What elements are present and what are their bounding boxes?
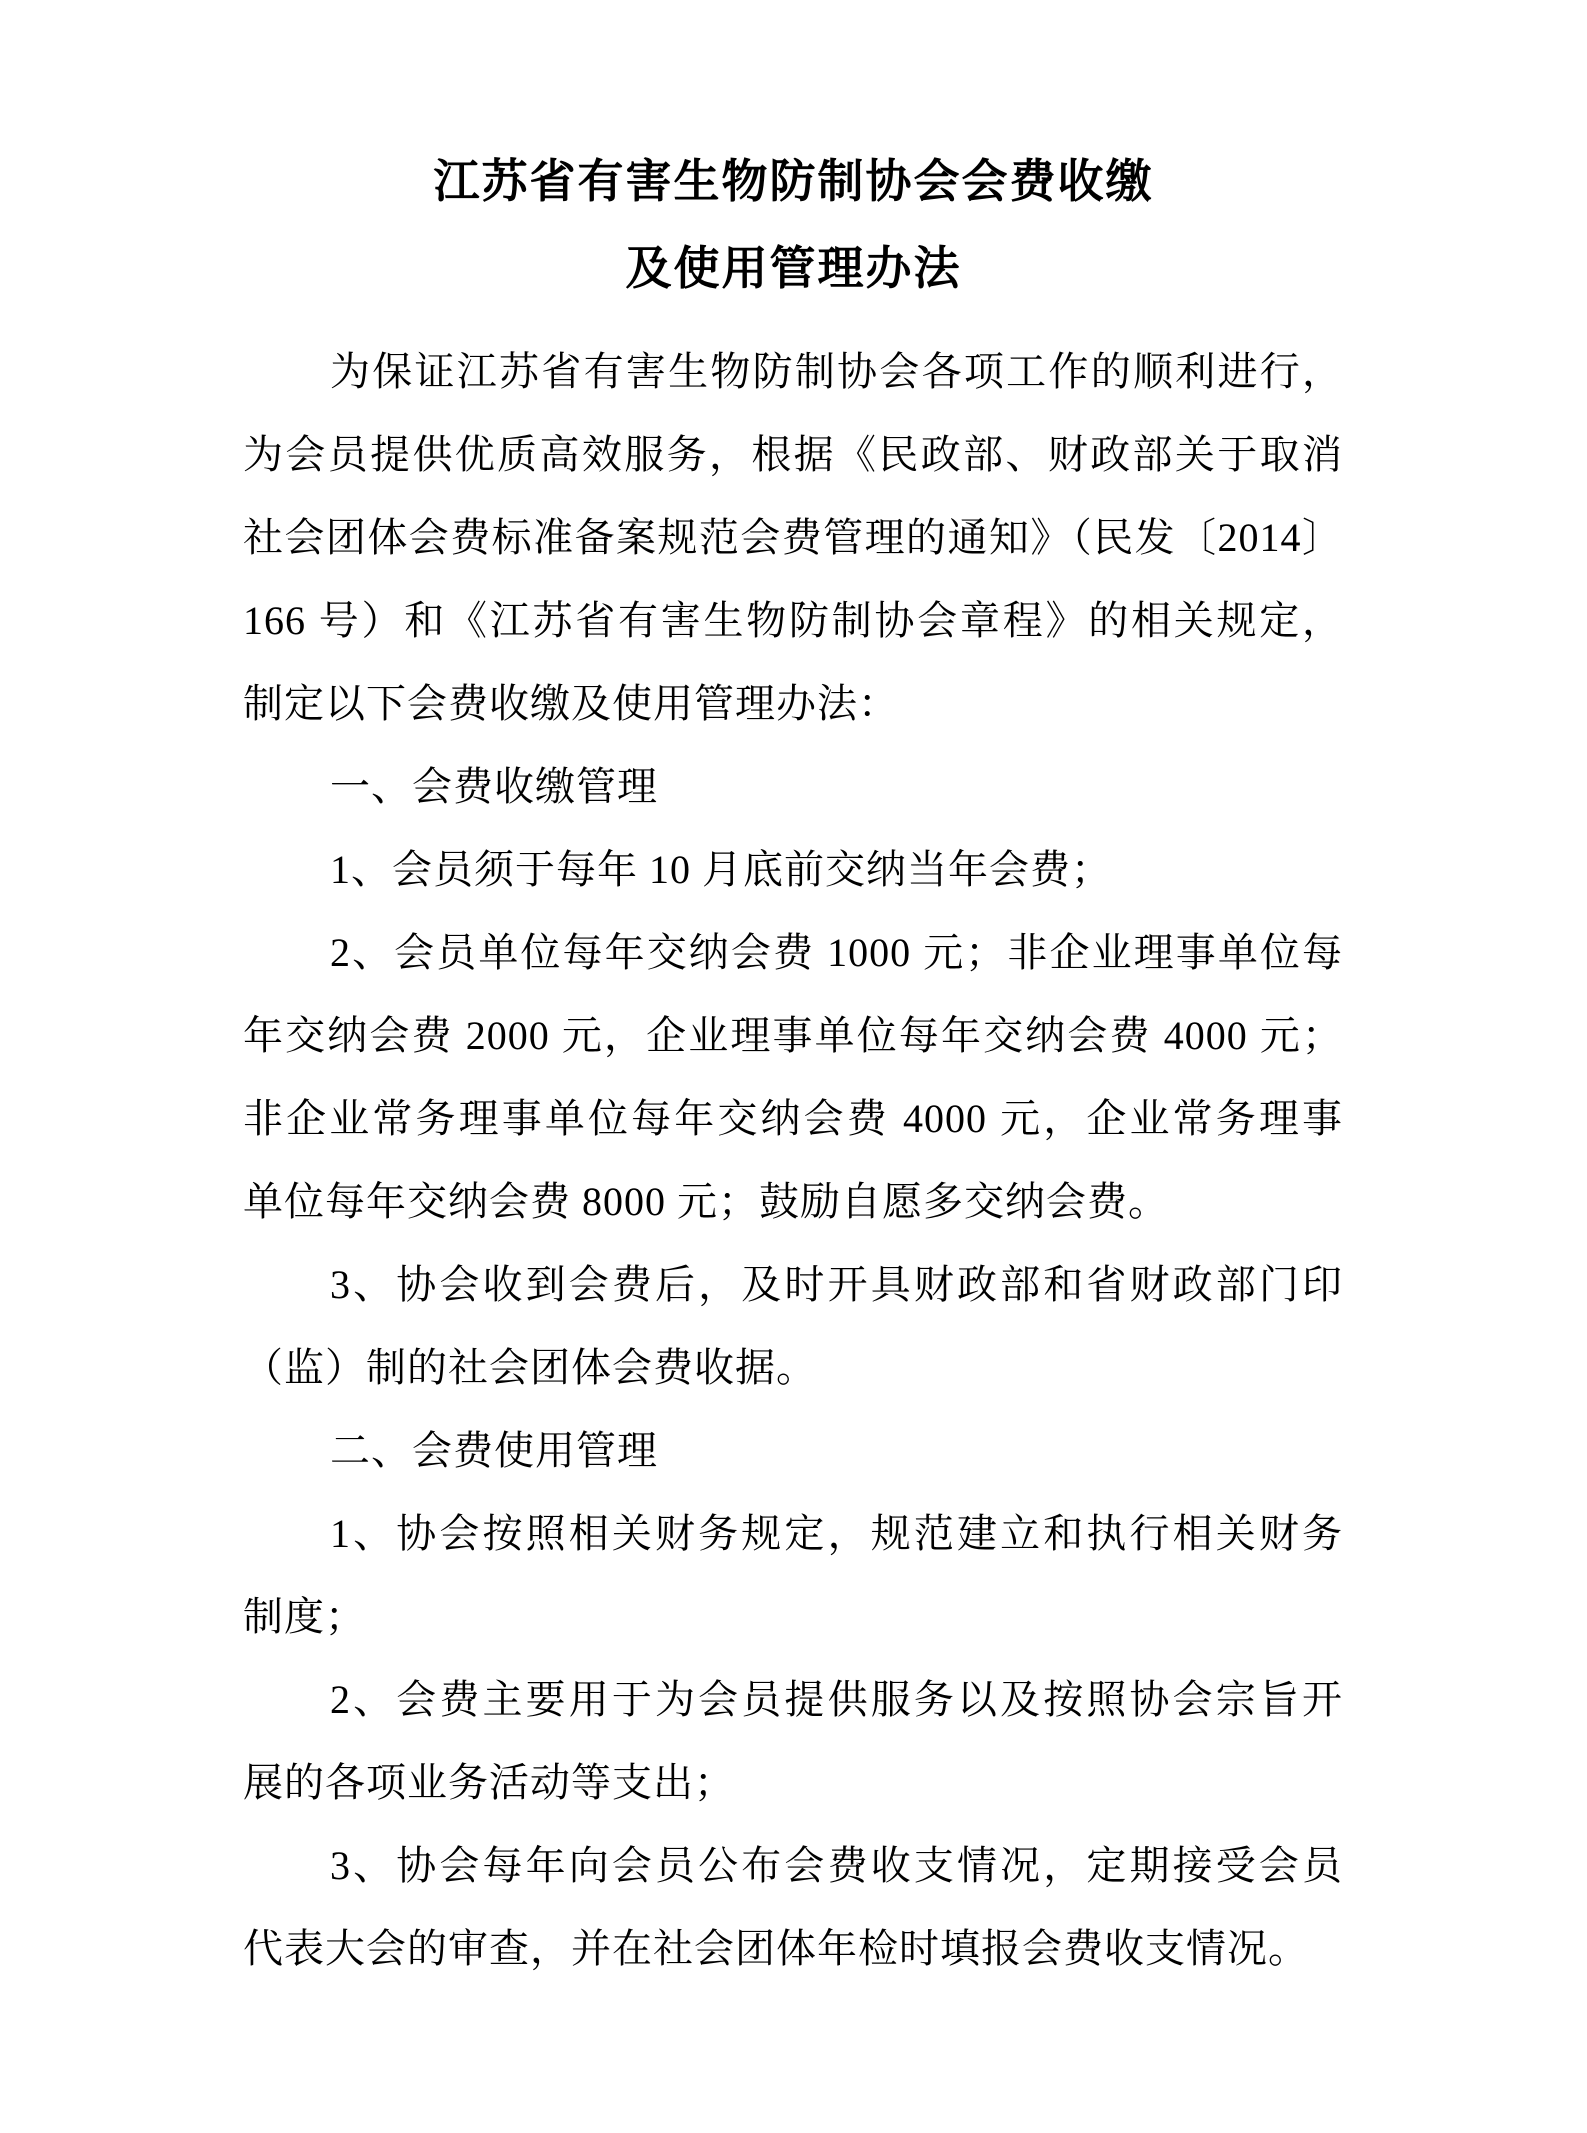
text-line: 2、会员单位每年交纳会费 1000 元；非企业理事单位每 xyxy=(243,911,1343,994)
text-line: 单位每年交纳会费 8000 元；鼓励自愿多交纳会费。 xyxy=(243,1160,1343,1243)
text-line: 3、协会收到会费后，及时开具财政部和省财政部门印 xyxy=(243,1243,1343,1326)
document-page: 江苏省有害生物防制协会会费收缴 及使用管理办法 为保证江苏省有害生物防制协会各项… xyxy=(0,0,1587,2133)
text-line: 社会团体会费标准备案规范会费管理的通知》（民发〔2014〕 xyxy=(243,496,1343,579)
text-line: 制定以下会费收缴及使用管理办法： xyxy=(243,662,1343,745)
text-line: 1、协会按照相关财务规定，规范建立和执行相关财务 xyxy=(243,1492,1343,1575)
text-line: 3、协会每年向会员公布会费收支情况，定期接受会员 xyxy=(243,1824,1343,1907)
title-line-1: 江苏省有害生物防制协会会费收缴 xyxy=(0,138,1587,225)
text-line: 制度； xyxy=(243,1575,1343,1658)
text-line: 为保证江苏省有害生物防制协会各项工作的顺利进行， xyxy=(243,330,1343,413)
text-line: 代表大会的审查，并在社会团体年检时填报会费收支情况。 xyxy=(243,1907,1343,1990)
text-line: 二、会费使用管理 xyxy=(243,1409,1343,1492)
document-title: 江苏省有害生物防制协会会费收缴 及使用管理办法 xyxy=(0,138,1587,312)
text-line: （监）制的社会团体会费收据。 xyxy=(243,1326,1343,1409)
text-line: 2、会费主要用于为会员提供服务以及按照协会宗旨开 xyxy=(243,1658,1343,1741)
text-line: 1、会员须于每年 10 月底前交纳当年会费； xyxy=(243,828,1343,911)
text-line: 非企业常务理事单位每年交纳会费 4000 元，企业常务理事 xyxy=(243,1077,1343,1160)
text-line: 一、会费收缴管理 xyxy=(243,745,1343,828)
text-line: 展的各项业务活动等支出； xyxy=(243,1741,1343,1824)
text-line: 年交纳会费 2000 元，企业理事单位每年交纳会费 4000 元； xyxy=(243,994,1343,1077)
title-line-2: 及使用管理办法 xyxy=(0,225,1587,312)
document-body: 为保证江苏省有害生物防制协会各项工作的顺利进行，为会员提供优质高效服务，根据《民… xyxy=(243,330,1343,1990)
text-line: 166 号）和《江苏省有害生物防制协会章程》的相关规定， xyxy=(243,579,1343,662)
text-line: 为会员提供优质高效服务，根据《民政部、财政部关于取消 xyxy=(243,413,1343,496)
